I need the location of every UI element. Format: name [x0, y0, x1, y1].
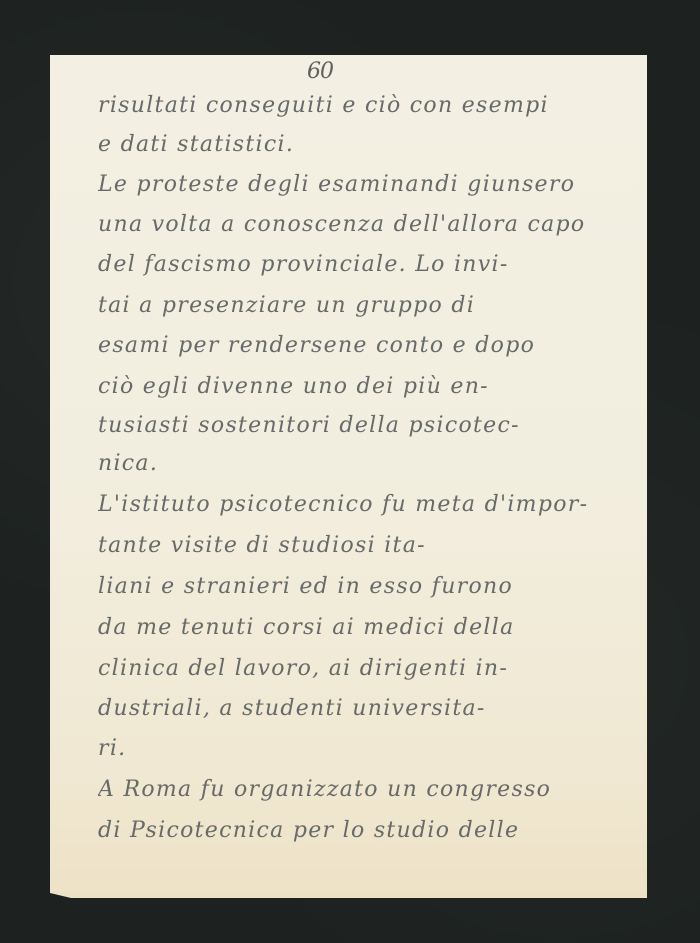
text-line: nica. [98, 451, 628, 476]
text-line: ri. [98, 736, 628, 761]
text-line: risultati conseguiti e ciò con esempi [98, 93, 628, 118]
text-line: dustriali, a studenti universita- [98, 696, 628, 721]
manuscript-page: 60 risultati conseguiti e ciò con esempi… [50, 55, 647, 898]
page-number: 60 [307, 59, 333, 84]
text-line: e dati statistici. [98, 132, 628, 157]
text-line: tai a presenziare un gruppo di [98, 293, 628, 318]
text-line: del fascismo provinciale. Lo invi- [98, 252, 628, 277]
text-line: A Roma fu organizzato un congresso [98, 777, 628, 802]
text-line: ciò egli divenne uno dei più en- [98, 374, 628, 399]
text-line: clinica del lavoro, ai dirigenti in- [98, 656, 628, 681]
text-line: liani e stranieri ed in esso furono [98, 574, 628, 599]
text-line: tante visite di studiosi ita- [98, 533, 628, 558]
text-line: Le proteste degli esaminandi giunsero [98, 172, 628, 197]
text-line: tusiasti sostenitori della psicotec- [98, 413, 628, 438]
text-line: L'istituto psicotecnico fu meta d'impor- [98, 492, 628, 517]
text-line: esami per rendersene conto e dopo [98, 333, 628, 358]
text-line: da me tenuti corsi ai medici della [98, 615, 628, 640]
text-line: una volta a conoscenza dell'allora capo [98, 212, 628, 237]
text-line: di Psicotecnica per lo studio delle [98, 818, 628, 843]
